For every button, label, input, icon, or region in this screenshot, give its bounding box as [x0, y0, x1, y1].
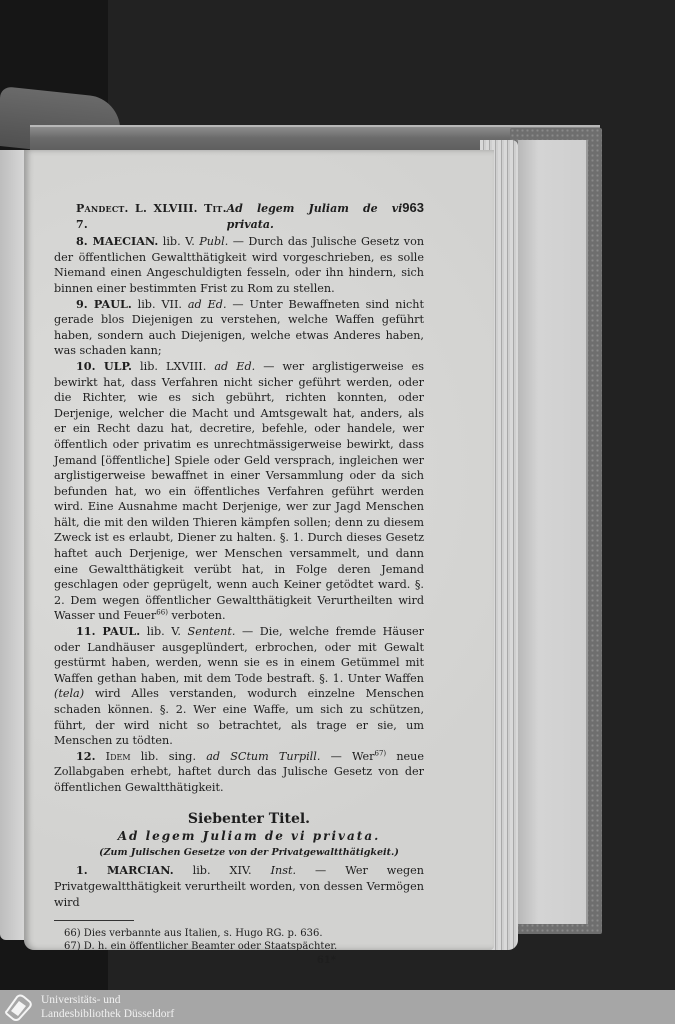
banner-line-1: Universitäts- und	[41, 993, 174, 1007]
endpaper	[518, 140, 588, 924]
page-content: Pandect. L. XLVIII. Tit. 7. Ad legem Jul…	[54, 200, 424, 969]
paragraph-ref-title: Inst.	[271, 864, 296, 877]
running-head-work: Pandect. L. XLVIII. Tit. 7.	[76, 201, 227, 232]
paragraph-8: 8. MAECIAN. lib. V. Publ. — Durch das Ju…	[54, 234, 424, 296]
paragraph-10: 10. ULP. lib. LXVIII. ad Ed. — wer argli…	[54, 359, 424, 624]
paragraph-ref: lib. LXVIII.	[140, 360, 206, 373]
section-translation: (Zum Julischen Gesetze von der Privatgew…	[54, 845, 424, 861]
page-number: 963	[402, 200, 424, 216]
banner-line-2: Landesbibliothek Düsseldorf	[41, 1007, 174, 1021]
footnote-67: 67) D. h. ein öffentlicher Beamter oder …	[54, 940, 424, 953]
paragraph-ref: lib. sing.	[141, 750, 196, 763]
paragraph-11: 11. PAUL. lib. V. Sentent. — Die, welche…	[54, 624, 424, 749]
paragraph-text: — Wer	[320, 750, 374, 763]
running-head: Pandect. L. XLVIII. Tit. 7. Ad legem Jul…	[54, 200, 424, 232]
footnote-ref-66[interactable]: 66)	[156, 609, 168, 617]
paragraph-text: — wer arglistigerweise es bewirkt hat, d…	[54, 360, 424, 623]
section-title: Siebenter Titel.	[54, 812, 424, 828]
paragraph-text-end: wird Alles verstanden, wodurch einzelne …	[54, 687, 424, 747]
paragraph-number: 9. PAUL.	[76, 297, 132, 311]
library-banner: Universitäts- und Landesbibliothek Düsse…	[0, 990, 675, 1024]
paragraph-number: 8. MAECIAN.	[76, 234, 158, 248]
paragraph-author: Idem	[106, 750, 131, 763]
paragraph-9: 9. PAUL. lib. VII. ad Ed. — Unter Bewaff…	[54, 297, 424, 359]
latin-term: (tela)	[54, 687, 84, 700]
paragraph-12: 12. Idem lib. sing. ad SCtum Turpill. — …	[54, 749, 424, 796]
paragraph-ref: lib. V.	[163, 235, 195, 248]
paragraph-ref-title: Publ.	[199, 235, 228, 248]
paragraph-ref: lib. VII.	[138, 298, 182, 311]
paragraph-marcian: 1. MARCIAN. lib. XIV. Inst. — Wer wegen …	[54, 863, 424, 910]
footnote-66: 66) Dies verbannte aus Italien, s. Hugo …	[54, 927, 424, 940]
footnote-ref-67[interactable]: 67)	[375, 749, 387, 757]
paragraph-text-end: verboten.	[168, 609, 226, 622]
paragraph-ref-title: ad Ed.	[188, 298, 227, 311]
paragraph-number: 10. ULP.	[76, 359, 132, 373]
banner-text: Universitäts- und Landesbibliothek Düsse…	[41, 993, 174, 1021]
paragraph-number: 11. PAUL.	[76, 624, 140, 638]
paragraph-number: 1. MARCIAN.	[76, 863, 174, 877]
paragraph-number: 12.	[76, 749, 95, 763]
left-page-sliver	[0, 150, 26, 940]
paragraph-ref-title: Sentent.	[188, 625, 236, 638]
footnote-divider	[54, 920, 134, 921]
ulb-logo-icon	[3, 993, 33, 1021]
paragraph-ref: lib. XIV.	[193, 864, 252, 877]
paragraph-ref-title: ad SCtum Turpill.	[206, 750, 320, 763]
paragraph-ref: lib. V.	[147, 625, 181, 638]
paragraph-ref-title: ad Ed.	[214, 360, 255, 373]
running-head-title: Ad legem Juliam de vi privata.	[227, 201, 403, 232]
signature-mark: 61*	[54, 953, 424, 969]
section-subtitle: Ad legem Juliam de vi privata.	[54, 829, 424, 845]
